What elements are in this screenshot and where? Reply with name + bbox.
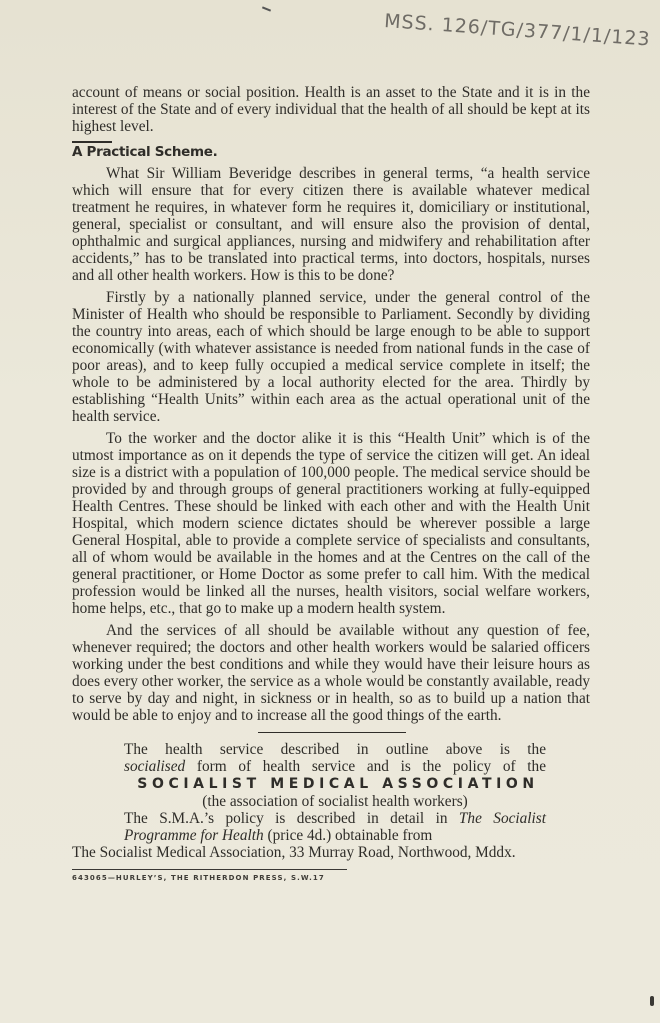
association-address: The Socialist Medical Association, 33 Mu… [72,844,590,861]
document-page: MSS. 126/TG/377/1/1/123 account of means… [0,0,660,1023]
publication-price: (price 4d.) obtainable from [264,827,433,844]
organisation-name: SOCIALIST MEDICAL ASSOCIATION [124,775,552,793]
closing-line-1: The health service described in outline … [124,741,546,758]
paragraph-planned-service: Firstly by a nationally planned service,… [72,289,590,425]
document-body: account of means or social position. Hea… [72,84,590,882]
organisation-subtitle: (the association of socialist health wor… [124,793,546,810]
archive-reference: MSS. 126/TG/377/1/1/123 [383,10,651,51]
closing-line-2-text: form of health service and is the policy… [185,758,546,775]
printer-imprint: 643065—HURLEY’S, THE RITHERDON PRESS, S.… [72,874,590,882]
policy-reference: The S.M.A.’s policy is described in deta… [124,810,546,844]
separator-rule [258,732,406,733]
policy-text: The S.M.A.’s policy is described in deta… [124,810,459,827]
socialised-italic: socialised [124,758,185,775]
paragraph-beveridge: What Sir William Beveridge describes in … [72,165,590,284]
paragraph-services-free: And the services of all should be availa… [72,622,590,724]
closing-statement: The health service described in outline … [124,741,546,844]
section-heading-block: A Practical Scheme. [72,141,590,161]
opening-paragraph: account of means or social position. Hea… [72,84,590,135]
closing-line-2: socialised form of health service and is… [124,758,546,775]
closing-line-1-text: The health service described in outline … [124,741,546,758]
ink-spot [650,996,654,1006]
paragraph-health-unit: To the worker and the doctor alike it is… [72,430,590,617]
pencil-mark [262,6,271,11]
footer-rule [72,869,347,870]
heading-rule [72,141,112,143]
section-heading: A Practical Scheme. [72,144,590,161]
